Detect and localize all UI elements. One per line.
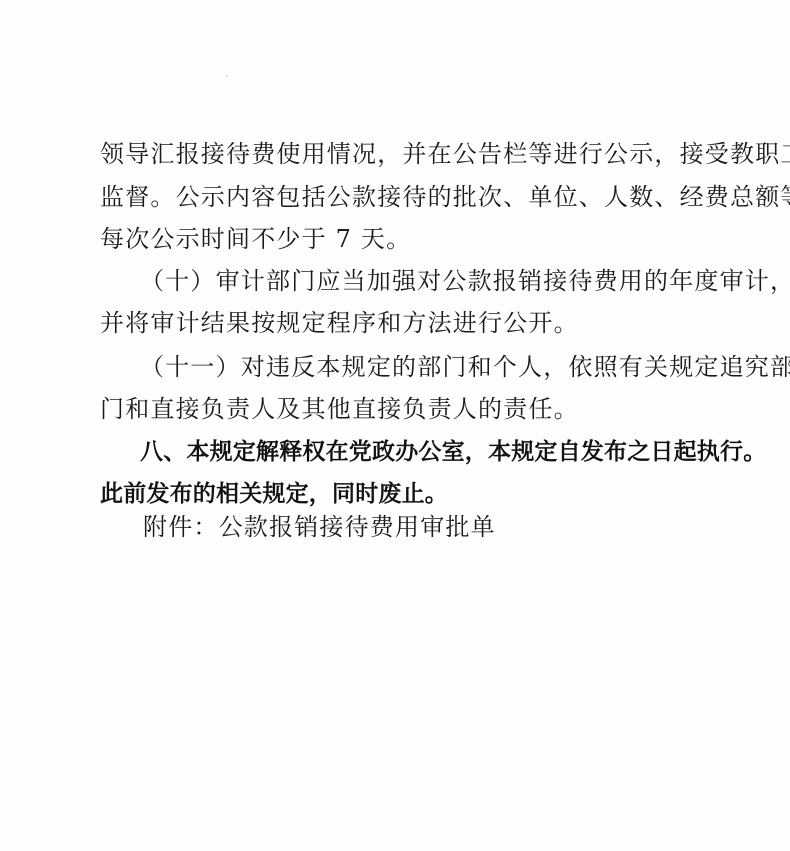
text-line: 每次公示时间不少于 7 天。 [100, 224, 411, 254]
text-line: 门和直接负责人及其他直接负责人的责任。 [100, 394, 579, 424]
text-line: 此前发布的相关规定，同时废止。 [100, 479, 448, 509]
document-page: 领导汇报接待费使用情况，并在公告栏等进行公示，接受教职工 监督。公示内容包括公款… [0, 0, 790, 851]
text-line: 并将审计结果按规定程序和方法进行公开。 [100, 308, 579, 338]
text-line: 八、本规定解释权在党政办公室，本规定自发布之日起执行。 [140, 437, 766, 467]
scan-speck [226, 75, 228, 77]
text-line: 监督。公示内容包括公款接待的批次、单位、人数、经费总额等， [100, 182, 790, 212]
text-line: （十）审计部门应当加强对公款报销接待费用的年度审计， [140, 266, 790, 296]
attachment-line: 附件：公款报销接待费用审批单 [143, 512, 496, 542]
text-line: （十一）对违反本规定的部门和个人，依照有关规定追究部 [140, 352, 790, 382]
text-line: 领导汇报接待费使用情况，并在公告栏等进行公示，接受教职工 [100, 139, 790, 169]
